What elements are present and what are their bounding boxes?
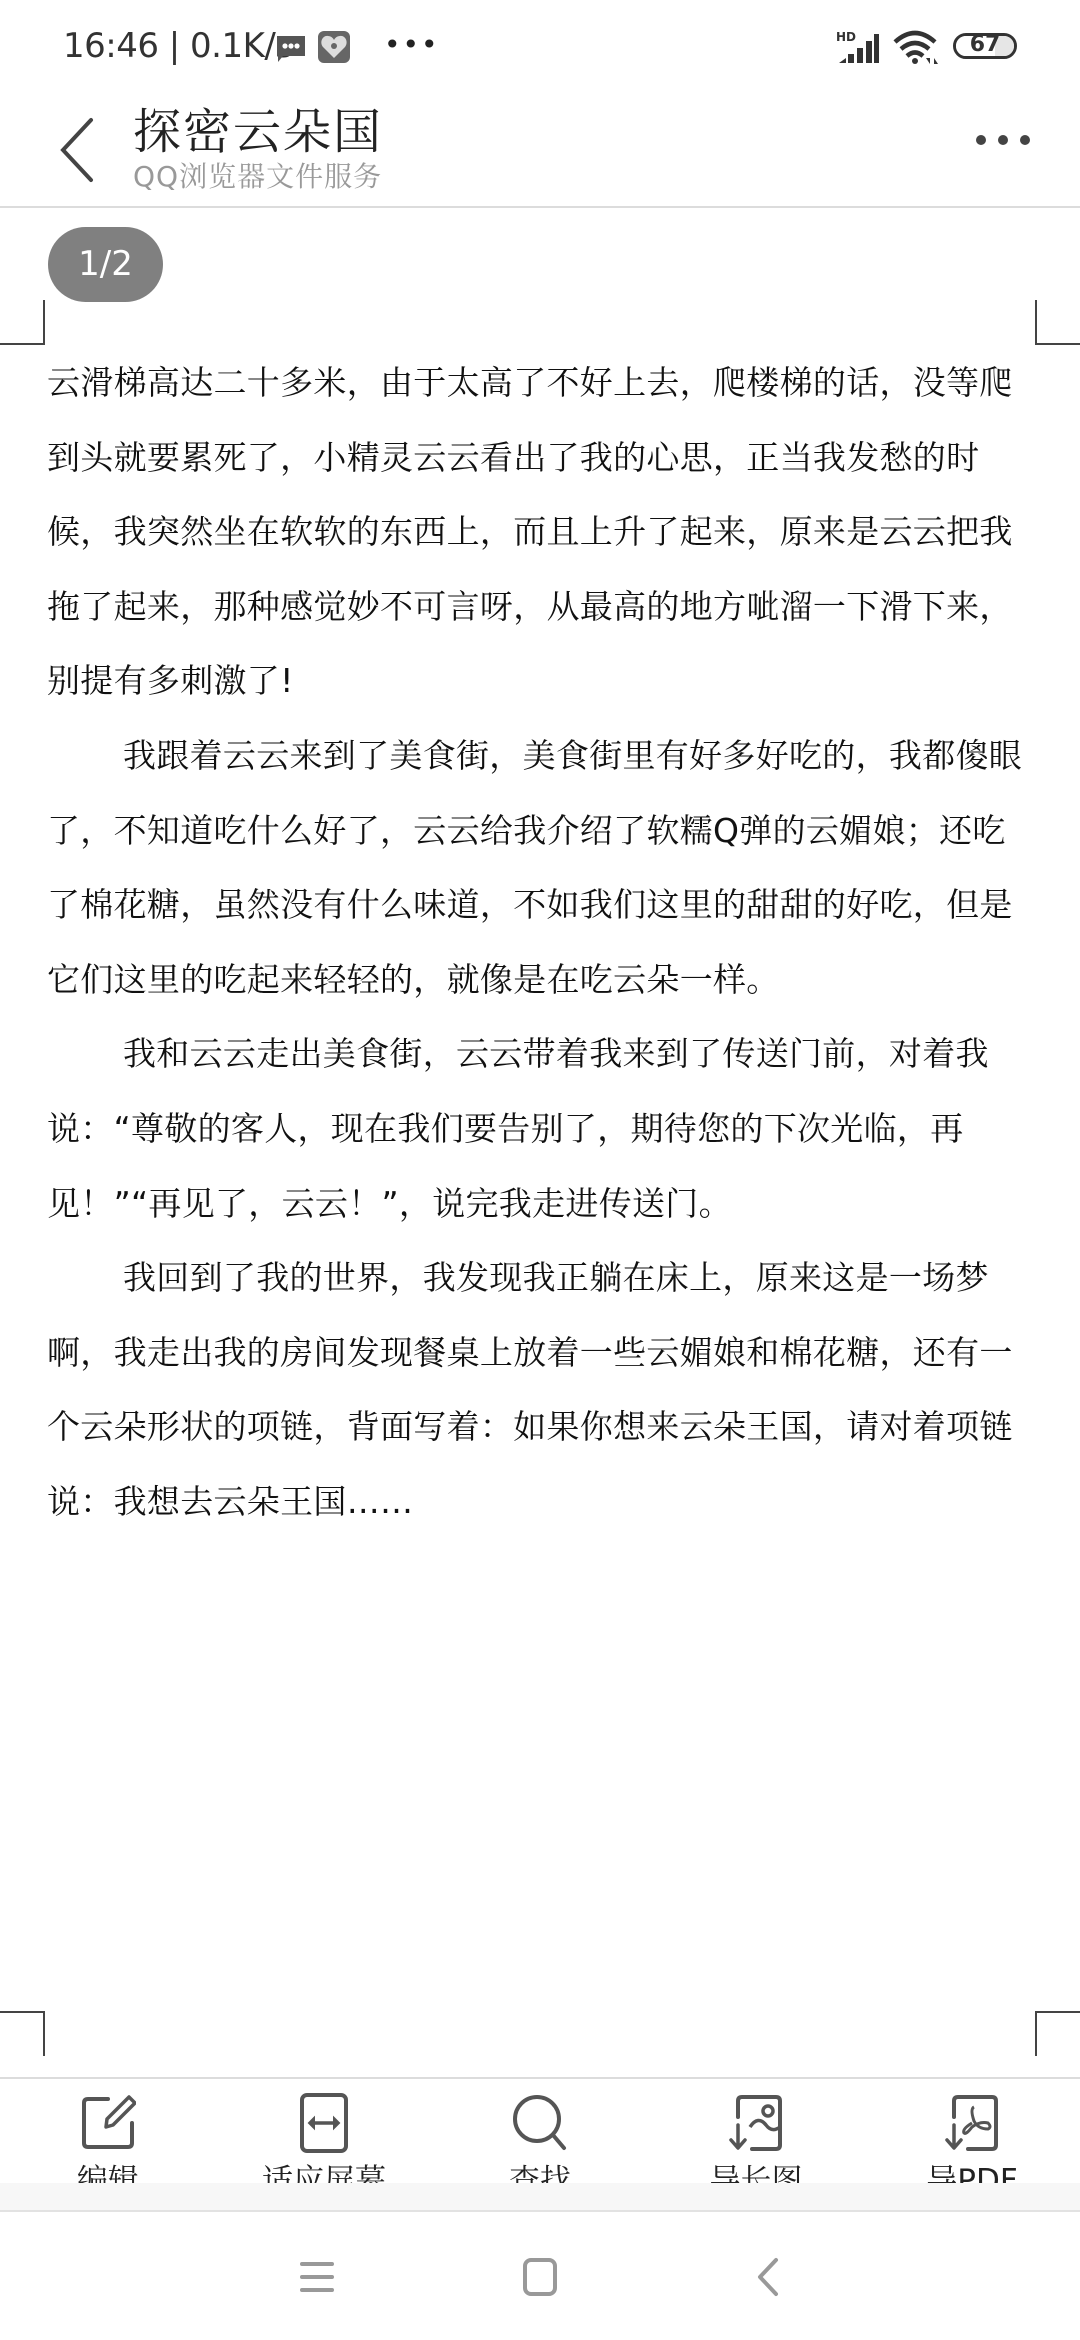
header-divider (0, 206, 1080, 208)
page-corner-mark-top-right (1035, 300, 1080, 345)
edit-button[interactable]: 编辑 (8, 2085, 208, 2185)
page-corner-mark-bottom-right (1035, 2011, 1080, 2056)
system-navigation-bar (0, 2212, 1080, 2340)
page-corner-mark-bottom-left (0, 2011, 45, 2056)
wifi-icon (893, 30, 941, 66)
find-button[interactable]: 查找 (440, 2085, 640, 2185)
document-title: 探密云朵国 (133, 93, 383, 162)
more-options-button[interactable] (970, 125, 1040, 155)
export-long-image-icon (728, 2093, 784, 2153)
svg-text:HD: HD (836, 30, 856, 44)
app-notification-icon (318, 31, 350, 63)
home-button[interactable] (510, 2252, 570, 2302)
cellular-signal-icon: HD (836, 30, 880, 64)
recent-apps-menu-button[interactable] (287, 2252, 347, 2302)
message-notification-icon (275, 34, 307, 64)
bottom-toolbar: 编辑 适应屏幕 查找 导长图 导PDF (0, 2077, 1080, 2210)
fit-screen-button[interactable]: 适应屏幕 (224, 2085, 424, 2185)
page-corner-mark-top-left (0, 300, 45, 345)
toolbar-bottom-strip (0, 2183, 1080, 2212)
status-bar: 16:46 | 0.1K/s ••• HD 67 (0, 0, 1080, 90)
battery-indicator: 67 (953, 33, 1017, 59)
paragraph: 我跟着云云来到了美食街，美食街里有好多好吃的，我都傻眼了，不知道吃什么好了，云云… (47, 719, 1037, 1017)
status-more-icon: ••• (384, 28, 440, 61)
export-pdf-button[interactable]: 导PDF (872, 2085, 1072, 2185)
status-time-speed: 16:46 | 0.1K/s (63, 26, 293, 66)
export-long-image-button[interactable]: 导长图 (656, 2085, 856, 2185)
battery-level: 67 (956, 33, 1014, 57)
edit-icon (80, 2093, 136, 2153)
paragraph: 云滑梯高达二十多米，由于太高了不好上去，爬楼梯的话，没等爬到头就要累死了，小精灵… (47, 346, 1037, 719)
document-subtitle: QQ浏览器文件服务 (133, 155, 382, 195)
paragraph: 我回到了我的世界，我发现我正躺在床上，原来这是一场梦啊，我走出我的房间发现餐桌上… (47, 1241, 1037, 1539)
back-button[interactable] (55, 110, 105, 190)
fit-screen-icon (296, 2093, 352, 2153)
export-pdf-icon (944, 2093, 1000, 2153)
toolbar-divider (0, 2077, 1080, 2079)
system-back-button[interactable] (740, 2252, 800, 2302)
page-indicator-badge: 1/2 (48, 227, 163, 302)
header-bar: 探密云朵国 QQ浏览器文件服务 (0, 90, 1080, 207)
search-icon (512, 2093, 568, 2153)
document-content: 云滑梯高达二十多米，由于太高了不好上去，爬楼梯的话，没等爬到头就要累死了，小精灵… (47, 346, 1037, 1540)
paragraph: 我和云云走出美食街，云云带着我来到了传送门前，对着我说：“尊敬的客人，现在我们要… (47, 1017, 1037, 1241)
